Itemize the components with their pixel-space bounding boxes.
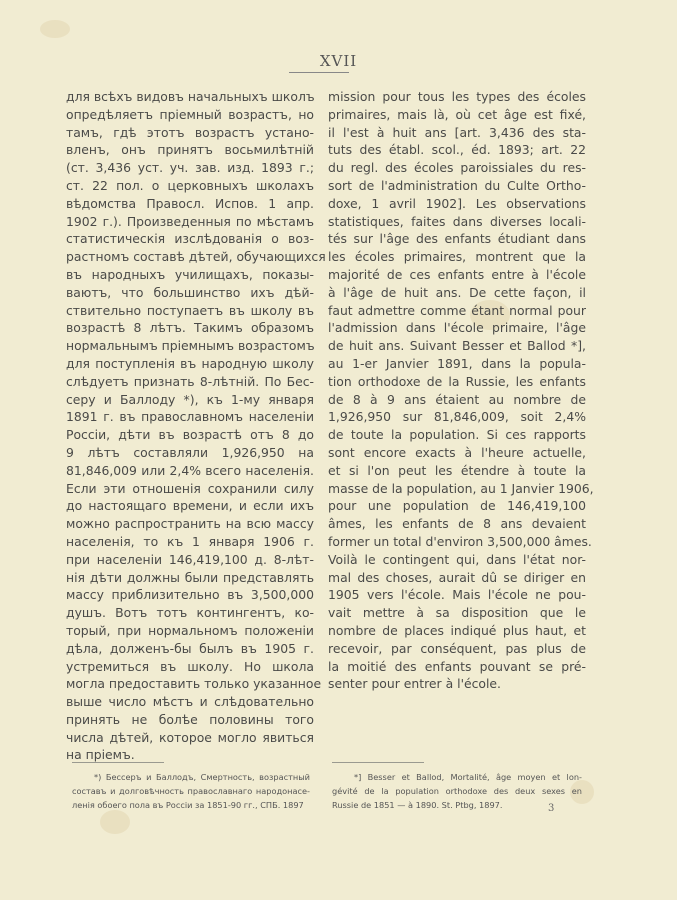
russian-text-column: для всѣхъ видовъ начальныхъ школъ опредѣ… <box>66 88 314 764</box>
text-line: recevoir, par conséquent, pas plus de <box>328 640 586 658</box>
text-line: дѣла, долженъ-бы былъ въ 1905 г. <box>66 640 314 658</box>
text-line: 1891 г. въ православномъ населеніи <box>66 408 314 426</box>
text-line: могла предоставить только указанное <box>66 675 314 693</box>
text-line: masse de la population, au 1 Janvier 190… <box>328 480 586 498</box>
text-line: 1,926,950 sur 81,846,009, soit 2,4% <box>328 408 586 426</box>
text-line: l'admission dans l'école primaire, l'âge <box>328 319 586 337</box>
text-line: 81,846,009 или 2,4% всего населенія. <box>66 462 314 480</box>
text-line: former un total d'environ 3,500,000 âmes… <box>328 533 586 551</box>
text-line: населенія, то къ 1 января 1906 г. <box>66 533 314 551</box>
text-line: et si l'on peut les étendre à toute la <box>328 462 586 480</box>
text-line: il l'est à huit ans [art. 3,436 des sta- <box>328 124 586 142</box>
text-line: 1905 vers l'école. Mais l'école ne pou- <box>328 586 586 604</box>
text-line: (ст. 3,436 уст. уч. зав. изд. 1893 г.; <box>66 159 314 177</box>
text-line: tés sur l'âge des enfants étudiant dans <box>328 230 586 248</box>
text-line: можно распространить на всю массу <box>66 515 314 533</box>
text-line: слѣдуетъ признать 8-лѣтній. По Бес- <box>66 373 314 391</box>
text-line: торый, при нормальномъ положеніи <box>66 622 314 640</box>
text-line: à l'âge de huit ans. De cette façon, il <box>328 284 586 302</box>
text-line: опредѣляетъ пріемный возрастъ, но <box>66 106 314 124</box>
footnote-line: *) Бессеръ и Баллодъ, Смертность, возрас… <box>72 770 310 784</box>
text-line: Если эти отношенія сохранили силу <box>66 480 314 498</box>
text-line: sort de l'administration du Culte Ortho- <box>328 177 586 195</box>
text-line: sont encore exacts à l'heure actuelle, <box>328 444 586 462</box>
text-line: ст. 22 пол. о церковныхъ школахъ <box>66 177 314 195</box>
text-line: Voilà le contingent qui, dans l'état nor… <box>328 551 586 569</box>
text-line: ваютъ, что большинство ихъ дѣй- <box>66 284 314 302</box>
text-line: при населеніи 146,419,100 д. 8-лѣт- <box>66 551 314 569</box>
footnote-french: *] Besser et Ballod, Mortalité, âge moye… <box>332 770 582 812</box>
text-line: statistiques, faites dans diverses local… <box>328 213 586 231</box>
footnote-russian: *) Бессеръ и Баллодъ, Смертность, возрас… <box>72 770 310 812</box>
text-line: tuts des établ. scol., éd. 1893; art. 22 <box>328 141 586 159</box>
text-line: въ народныхъ училищахъ, показы- <box>66 266 314 284</box>
text-line: de huit ans. Suivant Besser et Ballod *]… <box>328 337 586 355</box>
text-line: для поступленія въ народную школу <box>66 355 314 373</box>
text-line: вѣдомства Правосл. Испов. 1 апр. <box>66 195 314 213</box>
text-line: устремиться въ школу. Но школа <box>66 658 314 676</box>
text-line: doxe, 1 avril 1902]. Les observations <box>328 195 586 213</box>
header-rule <box>289 72 349 73</box>
paper-stain <box>40 20 70 38</box>
footnote-rule <box>332 762 424 763</box>
signature-mark: 3 <box>548 803 554 814</box>
footnote-line: gévité de la population orthodoxe des de… <box>332 784 582 798</box>
text-line: серу и Баллоду *), къ 1-му января <box>66 391 314 409</box>
text-line: primaires, mais là, où cet âge est fixé, <box>328 106 586 124</box>
paper-stain <box>100 810 130 834</box>
text-line: тамъ, гдѣ этотъ возрастъ устано- <box>66 124 314 142</box>
text-line: душъ. Вотъ тотъ контингентъ, ко- <box>66 604 314 622</box>
footnote-line: составъ и долговѣчность православнаго на… <box>72 784 310 798</box>
text-line: nombre de places indiqué plus haut, et <box>328 622 586 640</box>
text-line: mal des choses, aurait dû se diriger en <box>328 569 586 587</box>
footnote-line: ленія обоего пола въ Россіи за 1851-90 г… <box>72 798 310 812</box>
text-line: 1902 г.). Произведенныя по мѣстамъ <box>66 213 314 231</box>
text-line: de 8 à 9 ans étaient au nombre de <box>328 391 586 409</box>
text-line: senter pour entrer à l'école. <box>328 675 586 693</box>
text-line: tion orthodoxe de la Russie, les enfants <box>328 373 586 391</box>
text-line: faut admettre comme étant normal pour <box>328 302 586 320</box>
text-line: ствительно поступаетъ въ школу въ <box>66 302 314 320</box>
text-line: Россіи, дѣти въ возрастѣ отъ 8 до <box>66 426 314 444</box>
text-line: вленъ, онъ принятъ восьмилѣтній <box>66 141 314 159</box>
text-line: до настоящаго времени, и если ихъ <box>66 497 314 515</box>
text-line: принять не болѣе половины того <box>66 711 314 729</box>
french-text-column: mission pour tous les types des écoles p… <box>328 88 586 693</box>
text-line: la moitié des enfants pouvant se pré- <box>328 658 586 676</box>
footnote-rule <box>72 762 164 763</box>
text-line: нормальнымъ пріемнымъ возрастомъ <box>66 337 314 355</box>
text-line: de toute la population. Si ces rapports <box>328 426 586 444</box>
page-number: XVII <box>0 52 677 70</box>
text-line: возрастѣ 8 лѣтъ. Такимъ образомъ <box>66 319 314 337</box>
footnote-line: Russie de 1851 — à 1890. St. Ptbg, 1897. <box>332 798 582 812</box>
text-line: âmes, les enfants de 8 ans devaient <box>328 515 586 533</box>
text-line: les écoles primaires, montrent que la <box>328 248 586 266</box>
text-line: статистическія изслѣдованія о воз- <box>66 230 314 248</box>
text-line: растномъ составѣ дѣтей, обучающихся <box>66 248 314 266</box>
text-line: 9 лѣтъ составляли 1,926,950 на <box>66 444 314 462</box>
text-line: нія дѣти должны были представлять <box>66 569 314 587</box>
text-line: vait mettre à sa disposition que le <box>328 604 586 622</box>
text-line: числа дѣтей, которое могло явиться <box>66 729 314 747</box>
text-line: majorité de ces enfants entre à l'école <box>328 266 586 284</box>
footnote-line: *] Besser et Ballod, Mortalité, âge moye… <box>332 770 582 784</box>
text-line: выше число мѣстъ и слѣдовательно <box>66 693 314 711</box>
text-line: pour une population de 146,419,100 <box>328 497 586 515</box>
text-line: для всѣхъ видовъ начальныхъ школъ <box>66 88 314 106</box>
text-line: массу приблизительно въ 3,500,000 <box>66 586 314 604</box>
text-line: du regl. des écoles paroissiales du res- <box>328 159 586 177</box>
text-line: mission pour tous les types des écoles <box>328 88 586 106</box>
text-line: au 1-er Janvier 1891, dans la popula- <box>328 355 586 373</box>
